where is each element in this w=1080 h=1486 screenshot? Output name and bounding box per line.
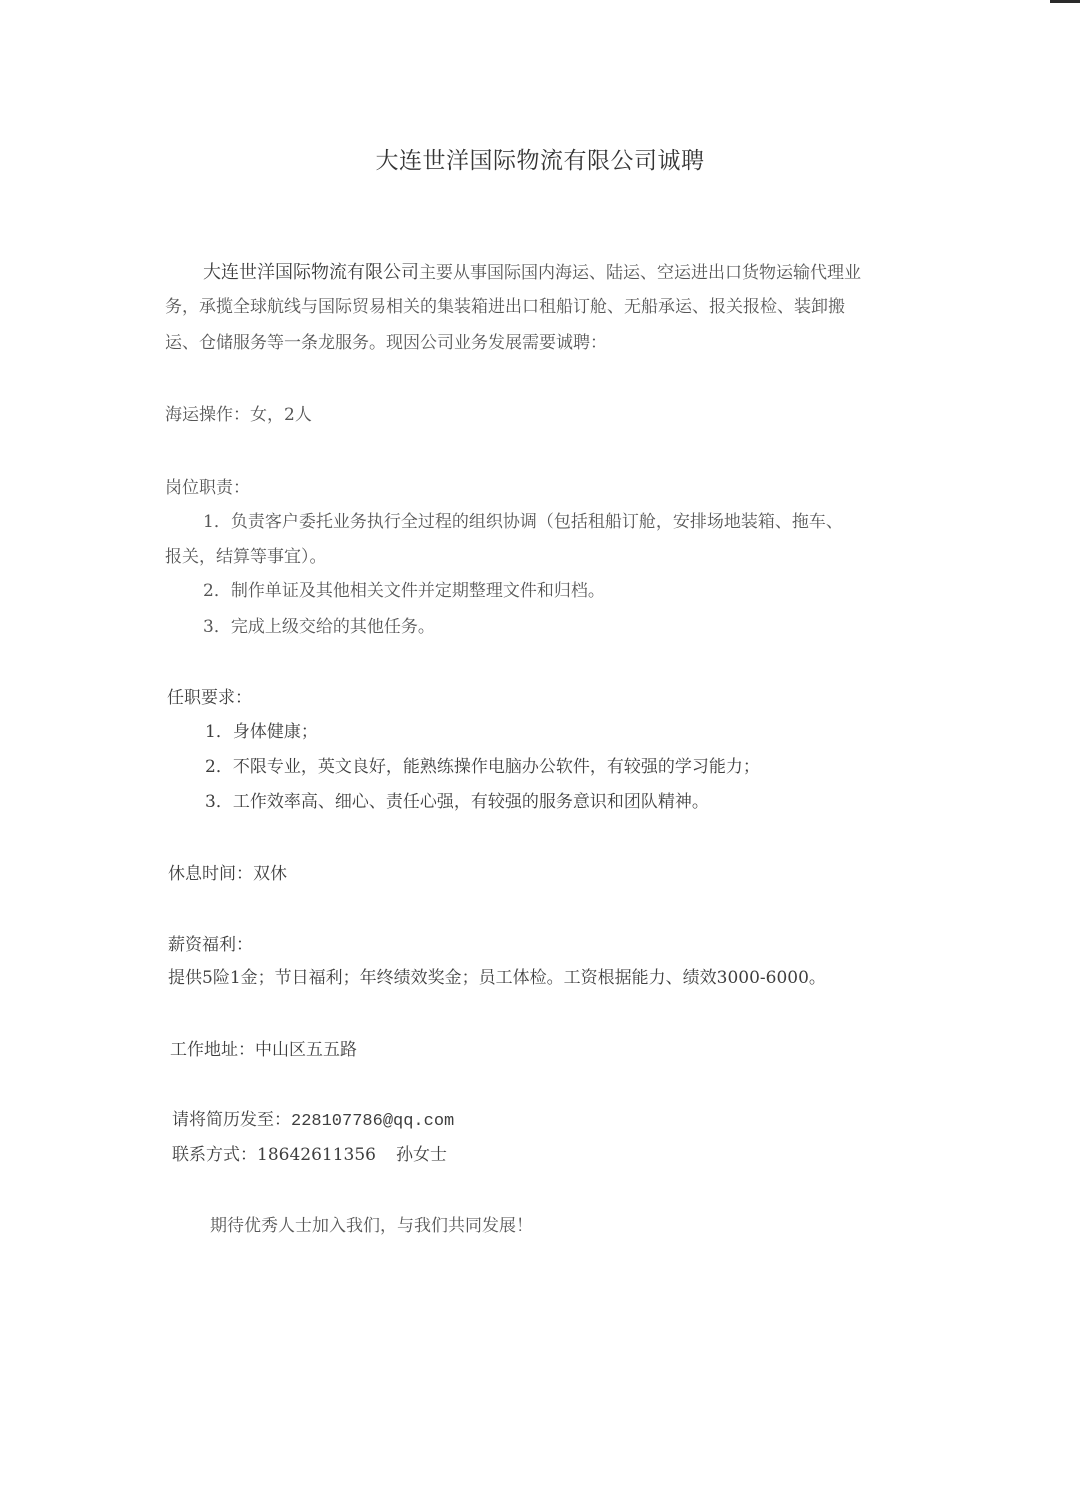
scan-edge-mark <box>1050 0 1080 3</box>
closing-line: 期待优秀人士加入我们，与我们共同发展！ <box>210 1216 533 1236</box>
requirement-item-3: 3．工作效率高、细心、责任心强，有较强的服务意识和团队精神。 <box>205 792 709 812</box>
position-line: 海运操作：女，2人 <box>165 405 312 425</box>
intro-line-1: 大连世洋国际物流有限公司主要从事国际国内海运、陆运、空运进出口货物运输代理业 <box>203 263 861 283</box>
duty-item-3: 3．完成上级交给的其他任务。 <box>203 617 435 637</box>
requirement-item-1: 1．身体健康； <box>205 722 318 742</box>
email-address: 228107786@qq.com <box>291 1112 454 1131</box>
contact-person: 孙女士 <box>396 1145 447 1165</box>
email-label: 请将简历发至： <box>172 1110 291 1130</box>
phone-number: 18642611356 <box>257 1145 376 1165</box>
phone-label: 联系方式： <box>172 1145 257 1165</box>
duty-item-1-cont: 报关，结算等事宜）。 <box>165 547 327 567</box>
requirement-item-2: 2．不限专业，英文良好，能熟练操作电脑办公软件，有较强的学习能力； <box>205 757 760 777</box>
company-name: 大连世洋国际物流有限公司 <box>203 262 419 283</box>
duties-heading: 岗位职责： <box>165 478 250 498</box>
duty-item-1: 1．负责客户委托业务执行全过程的组织协调（包括租船订舱，安排场地装箱、拖车、 <box>203 512 843 532</box>
benefits-heading: 薪资福利： <box>168 935 253 955</box>
intro-line-3: 运、仓储服务等一条龙服务。现因公司业务发展需要诚聘： <box>165 333 607 353</box>
phone-line: 联系方式：18642611356孙女士 <box>172 1145 447 1165</box>
intro-line-2: 务，承揽全球航线与国际贸易相关的集装箱进出口租船订舱、无船承运、报关报检、装卸搬 <box>165 297 845 317</box>
work-address: 工作地址：中山区五五路 <box>170 1040 357 1060</box>
document-title: 大连世洋国际物流有限公司诚聘 <box>0 142 1080 175</box>
intro-line-1-rest: 主要从事国际国内海运、陆运、空运进出口货物运输代理业 <box>419 263 861 283</box>
rest-time: 休息时间：双休 <box>168 864 287 884</box>
requirements-heading: 任职要求： <box>167 688 252 708</box>
benefits-text: 提供5险1金；节日福利；年终绩效奖金；员工体检。工资根据能力、绩效3000-60… <box>168 968 826 988</box>
duty-item-2: 2．制作单证及其他相关文件并定期整理文件和归档。 <box>203 581 605 601</box>
email-line: 请将简历发至：228107786@qq.com <box>172 1110 454 1132</box>
